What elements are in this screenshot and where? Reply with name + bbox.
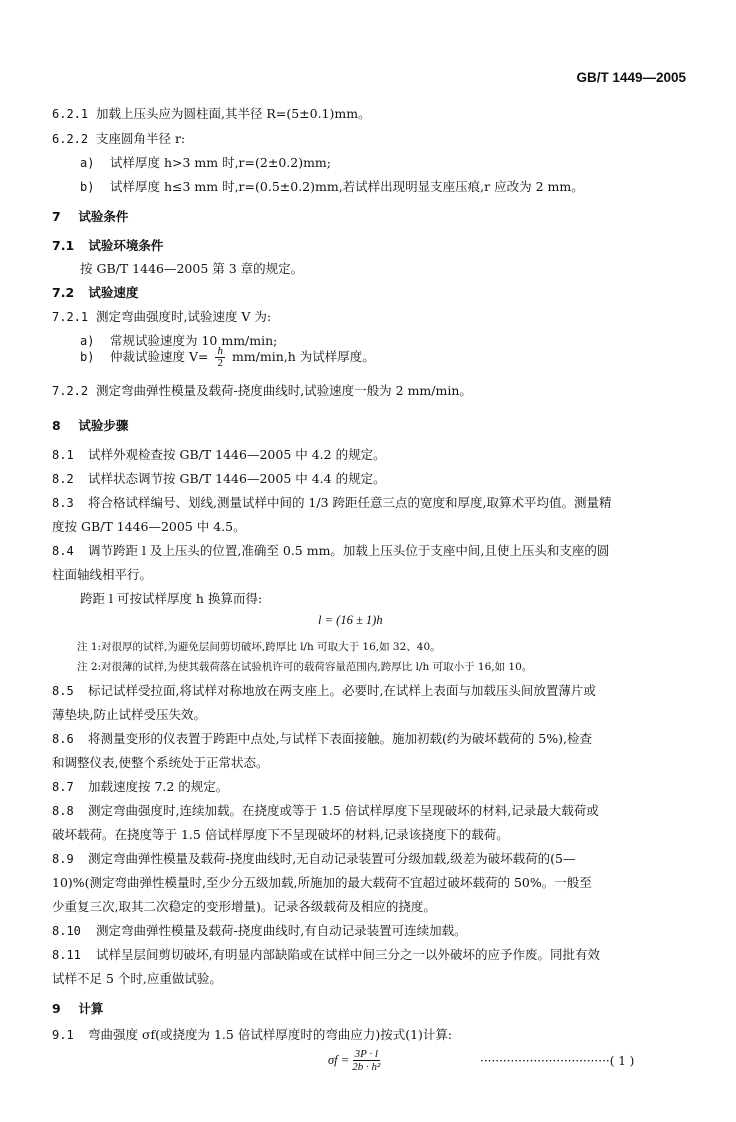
clause-text: 测定弯曲弹性模量及载荷-挠度曲线时,无自动记录装置可分级加载,级差为破坏载荷的(…: [88, 851, 576, 866]
clause-8-5-cont: 薄垫块,防止试样受压失效。: [52, 705, 206, 723]
clause-8-11-cont: 试样不足 5 个时,应重做试验。: [52, 969, 222, 987]
clause-number: 8.7: [52, 780, 84, 794]
list-tag: a): [80, 156, 106, 170]
clause-number: 9.1: [52, 1028, 84, 1042]
clause-8-3: 8.3 将合格试样编号、划线,测量试样中间的 1/3 跨距任意三点的宽度和厚度,…: [52, 493, 612, 511]
equation-1: σf = 3P · l 2b · h²: [328, 1048, 383, 1073]
section-title: 试验环境条件: [88, 238, 163, 253]
list-text-pre: 仲裁试验速度 V=: [110, 349, 208, 364]
section-number: 7.2: [52, 285, 84, 300]
section-title: 计算: [78, 1001, 103, 1016]
clause-8-11: 8.11 试样呈层间剪切破坏,有明显内部缺陷或在试样中间三分之一以外破坏的应予作…: [52, 945, 600, 963]
list-item-a: a) 试样厚度 h>3 mm 时,r=(2±0.2)mm;: [80, 153, 331, 171]
clause-8-10: 8.10 测定弯曲弹性模量及载荷-挠度曲线时,有自动记录装置可连续加载。: [52, 921, 467, 939]
list-item-b: b) 试样厚度 h≤3 mm 时,r=(0.5±0.2)mm,若试样出现明显支座…: [80, 177, 584, 195]
section-number: 7: [52, 209, 74, 224]
section-7-heading: 7 试验条件: [52, 207, 128, 225]
note-2: 注 2:对很薄的试样,为使其载荷落在试验机许可的载荷容量范围内,跨厚比 l/h …: [77, 659, 532, 674]
clause-number: 8.11: [52, 948, 92, 962]
clause-6-2-2: 6.2.2 支座圆角半径 r:: [52, 129, 185, 147]
clause-8-7: 8.7 加载速度按 7.2 的规定。: [52, 777, 228, 795]
clause-8-4-span-text: 跨距 l 可按试样厚度 h 换算而得:: [80, 589, 262, 607]
clause-text: 支座圆角半径 r:: [96, 131, 185, 146]
clause-text: 测定弯曲强度时,连续加载。在挠度或等于 1.5 倍试样厚度下呈现破坏的材料,记录…: [88, 803, 599, 818]
clause-8-9-cont-1: 10)%(测定弯曲弹性模量时,至少分五级加载,所施加的最大载荷不宜超过破坏载荷的…: [52, 873, 592, 891]
list-tag: b): [80, 351, 106, 363]
clause-8-6: 8.6 将测量变形的仪表置于跨距中点处,与试样下表面接触。施加初载(约为破坏载荷…: [52, 729, 592, 747]
clause-7-2-1: 7.2.1 测定弯曲强度时,试验速度 V 为:: [52, 307, 271, 325]
clause-8-9: 8.9 测定弯曲弹性模量及载荷-挠度曲线时,无自动记录装置可分级加载,级差为破坏…: [52, 849, 576, 867]
list-text: 试样厚度 h≤3 mm 时,r=(0.5±0.2)mm,若试样出现明显支座压痕,…: [110, 179, 584, 194]
clause-9-1: 9.1 弯曲强度 σf(或挠度为 1.5 倍试样厚度时的弯曲应力)按式(1)计算…: [52, 1025, 452, 1043]
span-formula: l = (16 ± 1)h: [318, 613, 383, 628]
clause-8-1: 8.1 试样外观检查按 GB/T 1446—2005 中 4.2 的规定。: [52, 445, 386, 463]
section-7-1-heading: 7.1 试验环境条件: [52, 236, 163, 254]
clause-number: 8.1: [52, 448, 84, 462]
clause-text: 调节跨距 l 及上压头的位置,准确至 0.5 mm。加载上压头位于支座中间,且使…: [88, 543, 609, 558]
clause-number: 8.2: [52, 472, 84, 486]
equation-label: ( 1 ): [610, 1054, 635, 1068]
section-8-heading: 8 试验步骤: [52, 416, 128, 434]
section-number: 7.1: [52, 238, 84, 253]
clause-number: 8.3: [52, 496, 84, 510]
clause-8-3-cont: 度按 GB/T 1446—2005 中 4.5。: [52, 517, 246, 535]
clause-number: 8.5: [52, 684, 84, 698]
note-1: 注 1:对很厚的试样,为避免层间剪切破坏,跨厚比 l/h 可取大于 16,如 3…: [77, 639, 441, 654]
section-title: 试验步骤: [78, 418, 128, 433]
leader-dots: ··································: [480, 1054, 610, 1068]
clause-number: 7.2.1: [52, 310, 92, 324]
section-title: 试验速度: [88, 285, 138, 300]
list-text-post: mm/min,h 为试样厚度。: [232, 349, 375, 364]
clause-8-8: 8.8 测定弯曲强度时,连续加载。在挠度或等于 1.5 倍试样厚度下呈现破坏的材…: [52, 801, 599, 819]
section-number: 8: [52, 418, 74, 433]
clause-8-8-cont: 破坏载荷。在挠度等于 1.5 倍试样厚度下不呈现破坏的材料,记录该挠度下的载荷。: [52, 825, 509, 843]
equation-lhs: σf =: [328, 1053, 349, 1068]
clause-text: 弯曲强度 σf(或挠度为 1.5 倍试样厚度时的弯曲应力)按式(1)计算:: [88, 1027, 452, 1042]
clause-number: 6.2.1: [52, 107, 92, 121]
clause-6-2-1: 6.2.1 加载上压头应为圆柱面,其半径 R=(5±0.1)mm。: [52, 104, 371, 122]
clause-7-1-text: 按 GB/T 1446—2005 第 3 章的规定。: [80, 259, 303, 277]
clause-text: 试样状态调节按 GB/T 1446—2005 中 4.4 的规定。: [88, 471, 386, 486]
clause-number: 8.9: [52, 852, 84, 866]
clause-number: 6.2.2: [52, 132, 92, 146]
clause-text: 加载速度按 7.2 的规定。: [88, 779, 228, 794]
section-7-2-heading: 7.2 试验速度: [52, 283, 138, 301]
clause-text: 标记试样受拉面,将试样对称地放在两支座上。必要时,在试样上表面与加载压头间放置薄…: [88, 683, 596, 698]
clause-text: 测定弯曲弹性模量及载荷-挠度曲线时,试验速度一般为 2 mm/min。: [96, 383, 472, 398]
clause-text: 试样外观检查按 GB/T 1446—2005 中 4.2 的规定。: [88, 447, 386, 462]
equation-fraction: 3P · l 2b · h²: [352, 1048, 380, 1073]
list-text: 试样厚度 h>3 mm 时,r=(2±0.2)mm;: [110, 155, 331, 170]
standard-id-header: GB/T 1449—2005: [576, 70, 686, 85]
clause-text: 将合格试样编号、划线,测量试样中间的 1/3 跨距任意三点的宽度和厚度,取算术平…: [88, 495, 612, 510]
clause-7-2-2: 7.2.2 测定弯曲弹性模量及载荷-挠度曲线时,试验速度一般为 2 mm/min…: [52, 381, 472, 399]
clause-text: 试样呈层间剪切破坏,有明显内部缺陷或在试样中间三分之一以外破坏的应予作废。同批有…: [96, 947, 600, 962]
section-9-heading: 9 计算: [52, 999, 103, 1017]
clause-8-9-cont-2: 少重复三次,取其二次稳定的变形增量)。记录各级载荷及相应的挠度。: [52, 897, 436, 915]
clause-number: 8.4: [52, 544, 84, 558]
clause-8-5: 8.5 标记试样受拉面,将试样对称地放在两支座上。必要时,在试样上表面与加载压头…: [52, 681, 596, 699]
clause-number: 8.10: [52, 924, 92, 938]
clause-number: 8.8: [52, 804, 84, 818]
clause-text: 加载上压头应为圆柱面,其半径 R=(5±0.1)mm。: [96, 106, 371, 121]
clause-8-4: 8.4 调节跨距 l 及上压头的位置,准确至 0.5 mm。加载上压头位于支座中…: [52, 541, 609, 559]
fraction-h-over-2: h 2: [215, 346, 225, 369]
clause-text: 将测量变形的仪表置于跨距中点处,与试样下表面接触。施加初载(约为破坏载荷的 5%…: [88, 731, 592, 746]
section-title: 试验条件: [78, 209, 128, 224]
clause-number: 8.6: [52, 732, 84, 746]
clause-text: 测定弯曲强度时,试验速度 V 为:: [96, 309, 271, 324]
list-item-b: b) 仲裁试验速度 V= h 2 mm/min,h 为试样厚度。: [80, 346, 375, 369]
section-number: 9: [52, 1001, 74, 1016]
list-tag: b): [80, 180, 106, 194]
equation-number: ··································( 1 ): [480, 1054, 634, 1068]
clause-number: 7.2.2: [52, 384, 92, 398]
clause-8-2: 8.2 试样状态调节按 GB/T 1446—2005 中 4.4 的规定。: [52, 469, 386, 487]
clause-text: 测定弯曲弹性模量及载荷-挠度曲线时,有自动记录装置可连续加载。: [96, 923, 467, 938]
clause-8-6-cont: 和调整仪表,使整个系统处于正常状态。: [52, 753, 268, 771]
clause-8-4-cont: 柱面轴线相平行。: [52, 565, 152, 583]
